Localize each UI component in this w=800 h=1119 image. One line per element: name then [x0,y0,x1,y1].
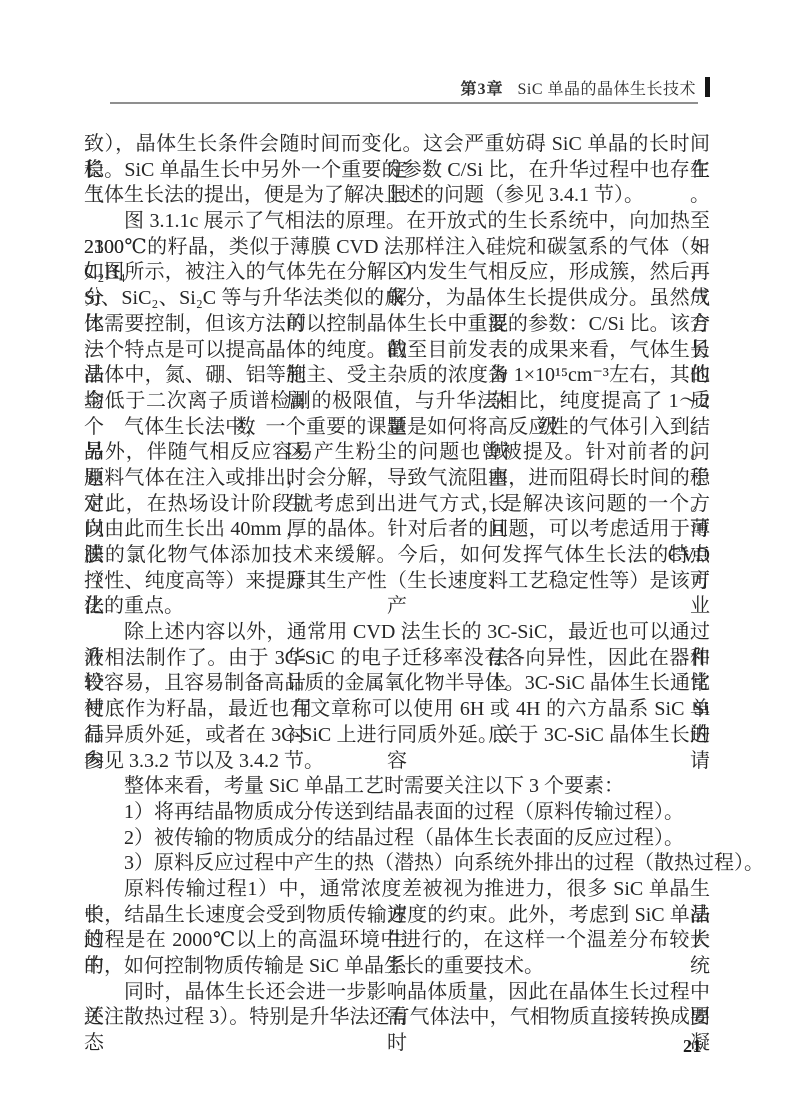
chapter-title: SiC 单晶的晶体生长技术 [517,76,696,99]
text-line: 中，结晶生长速度会受到物质传输速度的约束。此外，考虑到 SiC 单晶的生长 [84,903,710,929]
text-line: 较容易，且容易制备高品质的金属氧化物半导体。3C-SiC 晶体生长通常使用 Si [84,671,710,697]
text-line: Si、SiC₂、Si₂C 等与升华法类似的成分，为晶体生长提供成分。虽然气体的混… [84,286,710,312]
text-line: 1）将再结晶物质成分传送到结晶表面的过程（原料传输过程）。 [84,800,710,826]
text-line: 长。SiC 单晶生长中另外一个重要的参数 C/Si 比，在升华过程中也存在上限。 [84,158,710,184]
text-line: 对此，在热场设计阶段就考虑到出进气方式，是解决该问题的一个方向，且可 [84,492,710,518]
text-line: 一个特点是可以提高晶体的纯度。截至目前发表的成果来看，气体生长法制备的 [84,338,710,364]
text-line: 如图所示，被注入的气体先在分解区内发生气相反应，形成簇，然后再分解成 [84,260,710,286]
text-line: 控性、纯度高等）来提升其生产性（生长速度、工艺稳定性等）是该方法产业 [84,569,710,595]
header-rule [110,102,698,104]
text-line: 原料传输过程1）中，通常浓度差被视为推进力，很多 SiC 单晶生长方法 [84,877,710,903]
text-line: 另外，伴随气相反应容易产生粉尘的问题也曾被提及。针对前者的问题，由于 [84,440,710,466]
text-line: 法的氯化物气体添加技术来缓解。今后，如何发挥气体生长法的特点（原料可 [84,543,710,569]
text-line: 液相法制作了。由于 3C-SiC 的电子迁移率没有各向异性，因此在器件设计上比 [84,646,710,672]
text-line: 3）原料反应过程中产生的热（潜热）向系统外排出的过程（散热过程）。 [84,851,710,877]
text-line: 行异质外延，或者在 3C-SiC 上进行同质外延。关于 3C-SiC 晶体生长的… [84,723,710,749]
page-number: 21 [683,1036,702,1057]
text-line: 晶体中，氮、硼、铝等施主、受主杂质的浓度为 1×10¹⁵cm⁻³左右，其他金属杂… [84,363,710,389]
text-line: 过程是在 2000℃以上的高温环境中进行的，在这样一个温差分布较大的系统 [84,928,710,954]
chapter-marker-bar [705,77,710,97]
text-line: 关注散热过程 3）。特别是升华法还有气体法中，气相物质直接转换成固态时凝 [84,1005,710,1031]
text-line: 气体生长法的提出，便是为了解决上述的问题（参见 3.4.1 节）。 [84,183,710,209]
text-line: 以由此而生长出 40mm 厚的晶体。针对后者的问题，可以考虑适用于薄膜 CVD [84,517,710,543]
text-line: 衬底作为籽晶，最近也有文章称可以使用 6H 或 4H 的六方晶系 SiC 单晶衬… [84,697,710,723]
text-line: 致），晶体生长条件会随时间而变化。这会严重妨碍 SiC 单晶的长时间稳定生 [84,132,710,158]
text-line: 均低于二次离子质谱检测的极限值，与升华法相比，纯度提高了 1～2 个数量级。 [84,389,710,415]
text-line: 比需要控制，但该方法可以控制晶体生长中重要的参数：C/Si 比。该方法的另 [84,312,710,338]
text-line: 整体来看，考量 SiC 单晶工艺时需要关注以下 3 个要素： [84,774,710,800]
text-line: 同时，晶体生长还会进一步影响晶体质量，因此在晶体生长过程中还需要 [84,980,710,1006]
text-line: 除上述内容以外，通常用 CVD 法生长的 3C-SiC，最近也可以通过升华法和 [84,620,710,646]
book-page: 第3章 SiC 单晶的晶体生长技术 致），晶体生长条件会随时间而变化。这会严重妨… [0,0,800,1119]
text-line: 2300℃的籽晶，类似于薄膜 CVD 法那样注入硅烷和碳氢系的气体（如 C₂H₄… [84,235,710,261]
chapter-number-label: 第3章 [460,76,503,99]
running-head: 第3章 SiC 单晶的晶体生长技术 [84,74,710,100]
text-line: 原料气体在注入或排出时会分解，导致气流阻塞，进而阻碍长时间的稳定生长。 [84,466,710,492]
text-line: 2）被传输的物质成分的结晶过程（晶体生长表面的反应过程）。 [84,826,710,852]
body-text: 致），晶体生长条件会随时间而变化。这会严重妨碍 SiC 单晶的长时间稳定生长。S… [84,132,710,1031]
text-line: 图 3.1.1c 展示了气相法的原理。在开放式的生长系统中，向加热至 2100～ [84,209,710,235]
text-line: 气体生长法中，一个重要的课题是如何将高反应性的气体引入到结晶区域。 [84,415,710,441]
